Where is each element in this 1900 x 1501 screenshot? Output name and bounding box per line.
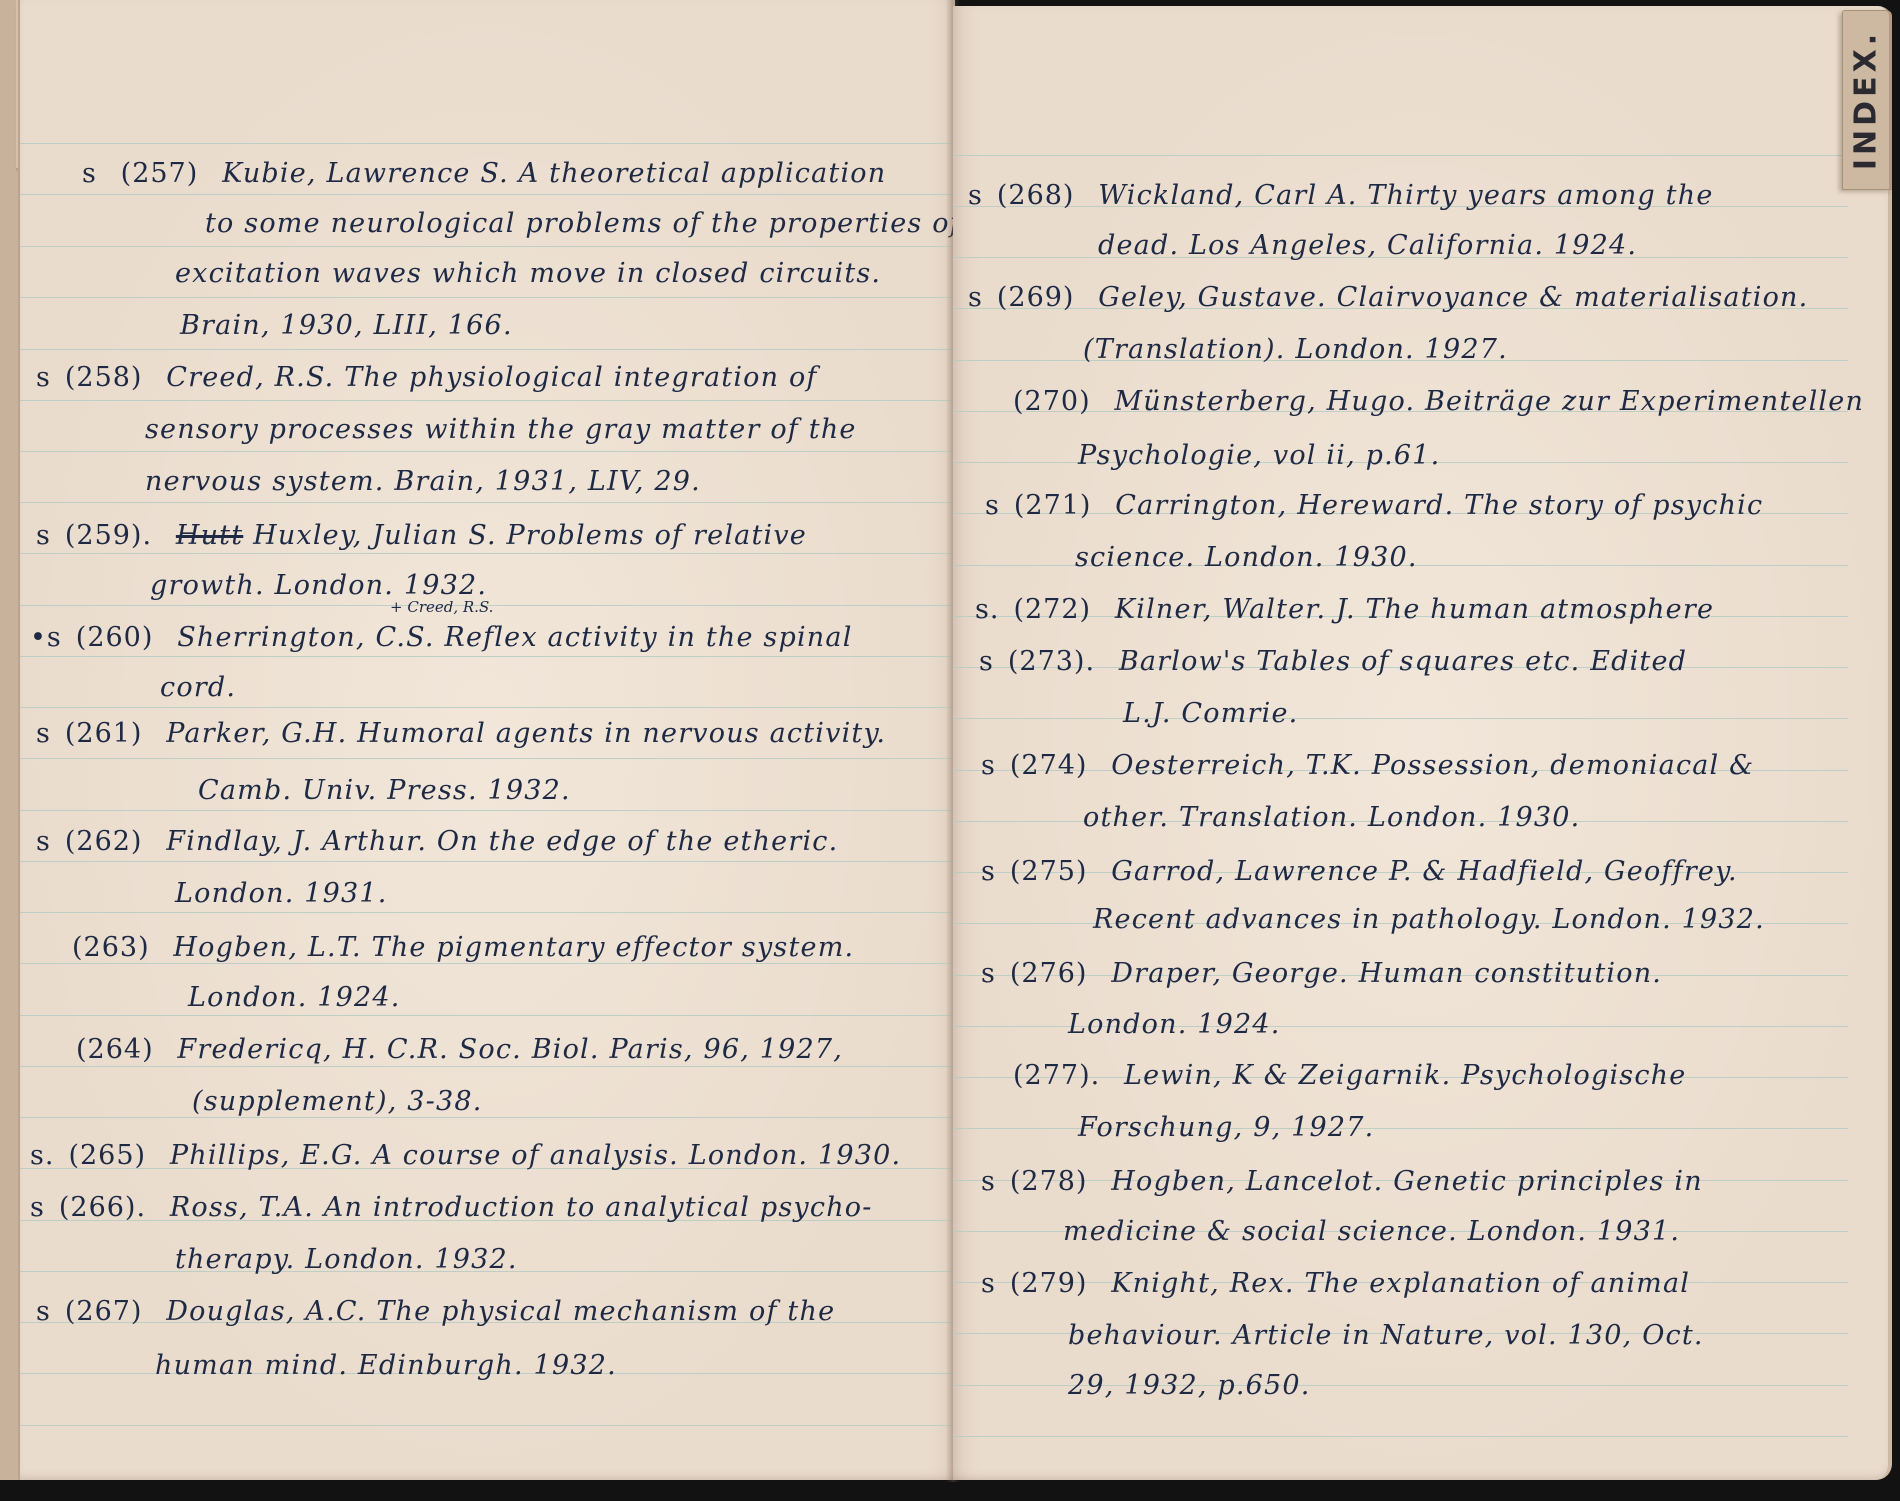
entry-ref: (272) (1013, 594, 1091, 625)
entry-text: Phillips, E.G. A course of analysis. Lon… (170, 1140, 901, 1171)
entry-text: Kubie, Lawrence S. A theoretical applica… (222, 158, 886, 189)
entry-ref: (276) (1010, 958, 1088, 989)
entry-ref: (270) (1013, 386, 1091, 417)
entry-279-line-2: behaviour. Article in Nature, vol. 130, … (1068, 1320, 1704, 1351)
entry-262-line-1: s(262) Findlay, J. Arthur. On the edge o… (36, 826, 838, 857)
entry-274-line-2: other. Translation. London. 1930. (1083, 802, 1580, 833)
entry-ref: (271) (1014, 490, 1092, 521)
entry-text: Hogben, Lancelot. Genetic principles in (1111, 1166, 1703, 1197)
entry-278-line-1: s(278) Hogben, Lancelot. Genetic princip… (981, 1166, 1703, 1197)
entry-text: Knight, Rex. The explanation of animal (1111, 1268, 1690, 1299)
entry-267-line-2: human mind. Edinburgh. 1932. (155, 1350, 617, 1381)
entry-mark: s (36, 520, 51, 551)
entry-mark: s (36, 718, 51, 749)
ruling-line (20, 707, 955, 708)
entry-270-line-1: (270) Münsterberg, Hugo. Beiträge zur Ex… (1013, 386, 1864, 417)
entry-text: Barlow's Tables of squares etc. Edited (1119, 646, 1687, 677)
entry-ref: (275) (1010, 856, 1088, 887)
entry-ref: (279) (1010, 1268, 1088, 1299)
entry-mark: s (30, 1192, 45, 1223)
entry-275-line-1: s(275) Garrod, Lawrence P. & Hadfield, G… (981, 856, 1738, 887)
index-tab-label: INDEX. (1849, 30, 1884, 170)
struck-word: Hutt (176, 520, 243, 551)
entry-text: Garrod, Lawrence P. & Hadfield, Geoffrey… (1111, 856, 1738, 887)
insertion-note: + Creed, R.S. (390, 598, 493, 616)
entry-261-line-1: s(261) Parker, G.H. Humoral agents in ne… (36, 718, 886, 749)
left-page-edge (0, 0, 19, 1480)
ruling-line (20, 861, 955, 862)
entry-ref: (274) (1010, 750, 1088, 781)
entry-264-line-2: (supplement), 3-38. (192, 1086, 483, 1117)
entry-ref: (264) (76, 1034, 154, 1065)
entry-text: Hogben, L.T. The pigmentary effector sys… (173, 932, 854, 963)
entry-ref: (259). (65, 520, 152, 551)
ruling-line (953, 718, 1848, 719)
entry-mark: s (981, 1166, 996, 1197)
entry-259-line-2: growth. London. 1932. (150, 570, 487, 601)
entry-257-line-4: Brain, 1930, LIII, 166. (180, 310, 513, 341)
entry-278-line-2: medicine & social science. London. 1931. (1063, 1216, 1680, 1247)
ruling-line (20, 553, 955, 554)
entry-268-line-2: dead. Los Angeles, California. 1924. (1098, 230, 1637, 261)
ruling-line (20, 963, 955, 964)
entry-ref: (257) (121, 158, 199, 189)
entry-mark: s (981, 1268, 996, 1299)
entry-ref: (273). (1008, 646, 1095, 677)
entry-277-line-2: Forschung, 9, 1927. (1078, 1112, 1374, 1143)
ruling-line (20, 297, 955, 298)
entry-mark: s (981, 750, 996, 781)
entry-274-line-1: s(274) Oesterreich, T.K. Possession, dem… (981, 750, 1754, 781)
entry-text: Oesterreich, T.K. Possession, demoniacal… (1111, 750, 1754, 781)
entry-text: Douglas, A.C. The physical mechanism of … (166, 1296, 835, 1327)
entry-273-line-1: s(273). Barlow's Tables of squares etc. … (979, 646, 1687, 677)
entry-265-line-1: s.(265) Phillips, E.G. A course of analy… (30, 1140, 901, 1171)
entry-260-line-2: cord. (160, 672, 236, 703)
entry-text: Wickland, Carl A. Thirty years among the (1098, 180, 1713, 211)
entry-text: Findlay, J. Arthur. On the edge of the e… (166, 826, 838, 857)
entry-text: Fredericq, H. C.R. Soc. Biol. Paris, 96,… (177, 1034, 843, 1065)
ruling-line (20, 758, 955, 759)
entry-text: Ross, T.A. An introduction to analytical… (170, 1192, 873, 1223)
entry-ref: (260) (76, 622, 154, 653)
entry-mark: s. (975, 594, 999, 625)
entry-ref: (278) (1010, 1166, 1088, 1197)
entry-ref: (261) (65, 718, 143, 749)
ruling-line (20, 143, 955, 144)
entry-266-line-1: s(266). Ross, T.A. An introduction to an… (30, 1192, 873, 1223)
ruling-line (20, 1117, 955, 1118)
entry-258-line-1: s(258) Creed, R.S. The physiological int… (36, 362, 818, 393)
ruling-line (20, 1015, 955, 1016)
entry-263-line-2: London. 1924. (188, 982, 401, 1013)
entry-275-line-2: Recent advances in pathology. London. 19… (1093, 904, 1765, 935)
entry-mark: s (968, 282, 983, 313)
entry-260-line-1: •s(260) Sherrington, C.S. Reflex activit… (30, 622, 853, 653)
entry-mark: s (36, 826, 51, 857)
entry-mark: s (968, 180, 983, 211)
entry-262-line-2: London. 1931. (175, 878, 388, 909)
entry-257-line-1: s (257) Kubie, Lawrence S. A theoretical… (82, 158, 886, 189)
entry-text: Sherrington, C.S. Reflex activity in the… (177, 622, 852, 653)
entry-ref: (266). (59, 1192, 146, 1223)
ruling-line (20, 246, 955, 247)
ruling-line (20, 656, 955, 657)
entry-ref: (267) (65, 1296, 143, 1327)
index-tab[interactable]: INDEX. (1842, 10, 1892, 190)
entry-270-line-2: Psychologie, vol ii, p.61. (1078, 440, 1440, 471)
entry-ref: (269) (997, 282, 1075, 313)
entry-mark: s (82, 158, 97, 189)
entry-272-line-1: s.(272) Kilner, Walter. J. The human atm… (975, 594, 1714, 625)
ruling-line (20, 912, 955, 913)
entry-268-line-1: s(268) Wickland, Carl A. Thirty years am… (968, 180, 1714, 211)
entry-267-line-1: s(267) Douglas, A.C. The physical mechan… (36, 1296, 835, 1327)
entry-ref: (277). (1013, 1060, 1100, 1091)
entry-text: Münsterberg, Hugo. Beiträge zur Experime… (1114, 386, 1864, 417)
entry-279-line-1: s(279) Knight, Rex. The explanation of a… (981, 1268, 1690, 1299)
ruling-line (20, 1425, 955, 1426)
entry-258-line-2: sensory processes within the gray matter… (145, 414, 857, 445)
ruling-line (953, 155, 1848, 156)
entry-269-line-2: (Translation). London. 1927. (1083, 334, 1508, 365)
entry-text: Kilner, Walter. J. The human atmosphere (1115, 594, 1714, 625)
ruling-line (20, 451, 955, 452)
entry-263-line-1: (263) Hogben, L.T. The pigmentary effect… (72, 932, 854, 963)
entry-259-line-1: s(259). Hutt Huxley, Julian S. Problems … (36, 520, 807, 551)
entry-mark: s (985, 490, 1000, 521)
entry-mark: s (981, 856, 996, 887)
entry-mark: s (36, 362, 51, 393)
right-page: s(268) Wickland, Carl A. Thirty years am… (953, 6, 1892, 1480)
entry-mark: s (36, 1296, 51, 1327)
ruling-line (20, 1066, 955, 1067)
entry-text: Draper, George. Human constitution. (1111, 958, 1662, 989)
entry-text: Creed, R.S. The physiological integratio… (166, 362, 817, 393)
ruling-line (20, 400, 955, 401)
entry-279-line-3: 29, 1932, p.650. (1068, 1370, 1311, 1401)
entry-258-line-3: nervous system. Brain, 1931, LIV, 29. (145, 466, 701, 497)
entry-264-line-1: (264) Fredericq, H. C.R. Soc. Biol. Pari… (76, 1034, 843, 1065)
ruling-line (20, 810, 955, 811)
entry-257-line-2: to some neurological problems of the pro… (205, 208, 961, 239)
entry-ref: (262) (65, 826, 143, 857)
ruling-line (953, 1436, 1848, 1437)
entry-273-line-2: L.J. Comrie. (1123, 698, 1298, 729)
entry-text: Parker, G.H. Humoral agents in nervous a… (166, 718, 886, 749)
entry-mark: s (979, 646, 994, 677)
ruling-line (20, 194, 955, 195)
entry-257-line-3: excitation waves which move in closed ci… (175, 258, 881, 289)
ruling-line (20, 502, 955, 503)
entry-276-line-1: s(276) Draper, George. Human constitutio… (981, 958, 1662, 989)
entry-ref: (268) (997, 180, 1075, 211)
entry-mark: s. (30, 1140, 54, 1171)
entry-text: Geley, Gustave. Clairvoyance & materiali… (1098, 282, 1808, 313)
entry-269-line-1: s(269) Geley, Gustave. Clairvoyance & ma… (968, 282, 1808, 313)
entry-271-line-1: s(271) Carrington, Hereward. The story o… (985, 490, 1763, 521)
entry-271-line-2: science. London. 1930. (1075, 542, 1418, 573)
entry-text: Carrington, Hereward. The story of psych… (1115, 490, 1763, 521)
left-page: s (257) Kubie, Lawrence S. A theoretical… (18, 0, 955, 1480)
entry-ref: (265) (68, 1140, 146, 1171)
entry-mark: s (981, 958, 996, 989)
entry-ref: (258) (65, 362, 143, 393)
entry-mark: •s (30, 622, 62, 653)
entry-277-line-1: (277). Lewin, K & Zeigarnik. Psychologis… (1013, 1060, 1686, 1091)
entry-text: Lewin, K & Zeigarnik. Psychologische (1124, 1060, 1686, 1091)
ruling-line (20, 349, 955, 350)
entry-276-line-2: London. 1924. (1068, 1009, 1281, 1040)
entry-ref: (263) (72, 932, 150, 963)
entry-261-line-2: Camb. Univ. Press. 1932. (198, 775, 571, 806)
entry-text: Huxley, Julian S. Problems of relative (253, 520, 807, 551)
entry-266-line-2: therapy. London. 1932. (175, 1244, 518, 1275)
